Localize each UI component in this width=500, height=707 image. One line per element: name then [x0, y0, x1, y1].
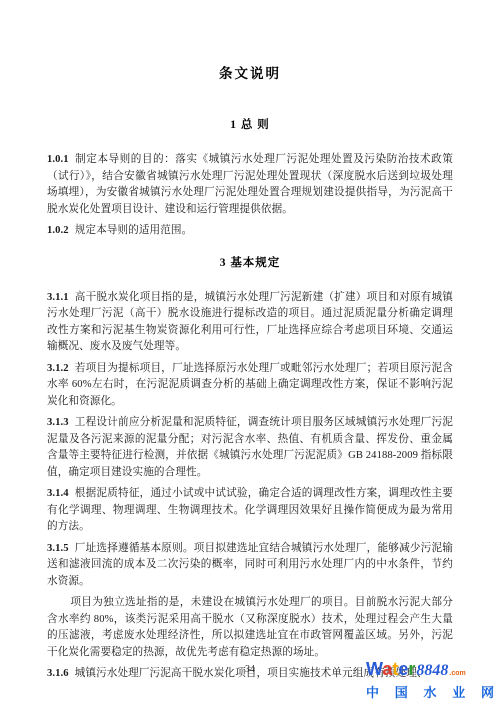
clause-text: 根据泥质特征，通过小试或中试试验，确定合适的调理改性方案，调理改性主要有化学调理…	[47, 488, 453, 532]
logo-subtitle-char: 网	[481, 682, 494, 701]
clause-text: 规定本导则的适用范围。	[75, 225, 193, 236]
clause-text: 项目为独立选址指的是，未建设在城镇污水处理厂的项目。目前脱水污泥大部分含水率约 …	[47, 597, 453, 658]
clause-paragraph: 3.1.3工程设计前应分析泥量和泥质特征，调查统计项目服务区域城镇污水处理厂污泥…	[47, 415, 453, 481]
clause-paragraph: 1.0.2规定本导则的适用范围。	[47, 223, 453, 240]
clause-paragraph: 3.1.2若项目为提标项目，厂址选择原污水处理厂或毗邻污水处理厂；若项目原污泥含…	[47, 361, 453, 411]
logo-subtitle: 中国水业网	[366, 682, 494, 701]
logo-dotcom-text: .com	[449, 670, 465, 677]
water8848-logo: Water8848.com 中国水业网	[366, 660, 494, 701]
logo-letter: a	[382, 659, 392, 679]
clause-paragraph: 3.1.4根据泥质特征，通过小试或中试试验，确定合适的调理改性方案，调理改性主要…	[47, 486, 453, 536]
clause-text: 高干脱水炭化项目指的是，城镇污水处理厂污泥新建（扩建）项目和对原有城镇污水处理厂…	[47, 292, 453, 353]
logo-letter: W	[366, 659, 382, 679]
document-page: 条文说明 1 总 则 1.0.1制定本导则的目的：落实《城镇污水处理厂污泥处理处…	[0, 0, 500, 707]
clause-paragraph: 1.0.1制定本导则的目的：落实《城镇污水处理厂污泥处理处置及污染防治技术政策（…	[47, 152, 453, 218]
logo-subtitle-char: 水	[423, 682, 436, 701]
clause-number: 1.0.2	[47, 225, 69, 236]
clause-number: 3.1.3	[47, 417, 69, 428]
clause-number: 3.1.5	[47, 543, 69, 554]
logo-subtitle-char: 国	[395, 682, 408, 701]
section-heading-general: 1 总 则	[47, 116, 453, 132]
logo-water-text: Water	[366, 660, 415, 680]
clause-text: 制定本导则的目的：落实《城镇污水处理厂污泥处理处置及污染防治技术政策（试行）》，…	[47, 154, 453, 215]
clause-number: 1.0.1	[47, 154, 69, 165]
clause-paragraph-continuation: 项目为独立选址指的是，未建设在城镇污水处理厂的项目。目前脱水污泥大部分含水率约 …	[47, 595, 453, 661]
logo-wordmark: Water8848.com	[366, 660, 494, 680]
clause-paragraph: 3.1.5厂址选择遵循基本原则。项目拟建选址宜结合城镇污水处理厂，能够减少污泥输…	[47, 541, 453, 591]
logo-subtitle-char: 业	[452, 682, 465, 701]
logo-subtitle-char: 中	[366, 682, 379, 701]
clause-paragraph: 3.1.1高干脱水炭化项目指的是，城镇污水处理厂污泥新建（扩建）项目和对原有城镇…	[47, 290, 453, 356]
page-title: 条文说明	[47, 62, 453, 82]
section-heading-basic-rules: 3 基本规定	[47, 254, 453, 270]
clause-text: 若项目为提标项目，厂址选择原污水处理厂或毗邻污水处理厂；若项目原污泥含水率 60…	[47, 363, 453, 407]
clause-number: 3.1.4	[47, 488, 69, 499]
logo-8848-text: 8848	[416, 662, 448, 680]
clause-number: 3.1.2	[47, 363, 69, 374]
logo-letter: e	[398, 659, 408, 679]
clause-text: 工程设计前应分析泥量和泥质特征，调查统计项目服务区域城镇污水处理厂污泥泥量及各污…	[47, 417, 453, 478]
logo-letter: r	[408, 659, 415, 679]
clause-text: 厂址选择遵循基本原则。项目拟建选址宜结合城镇污水处理厂，能够减少污泥输送和滤液回…	[47, 543, 453, 587]
clause-number: 3.1.1	[47, 292, 69, 303]
